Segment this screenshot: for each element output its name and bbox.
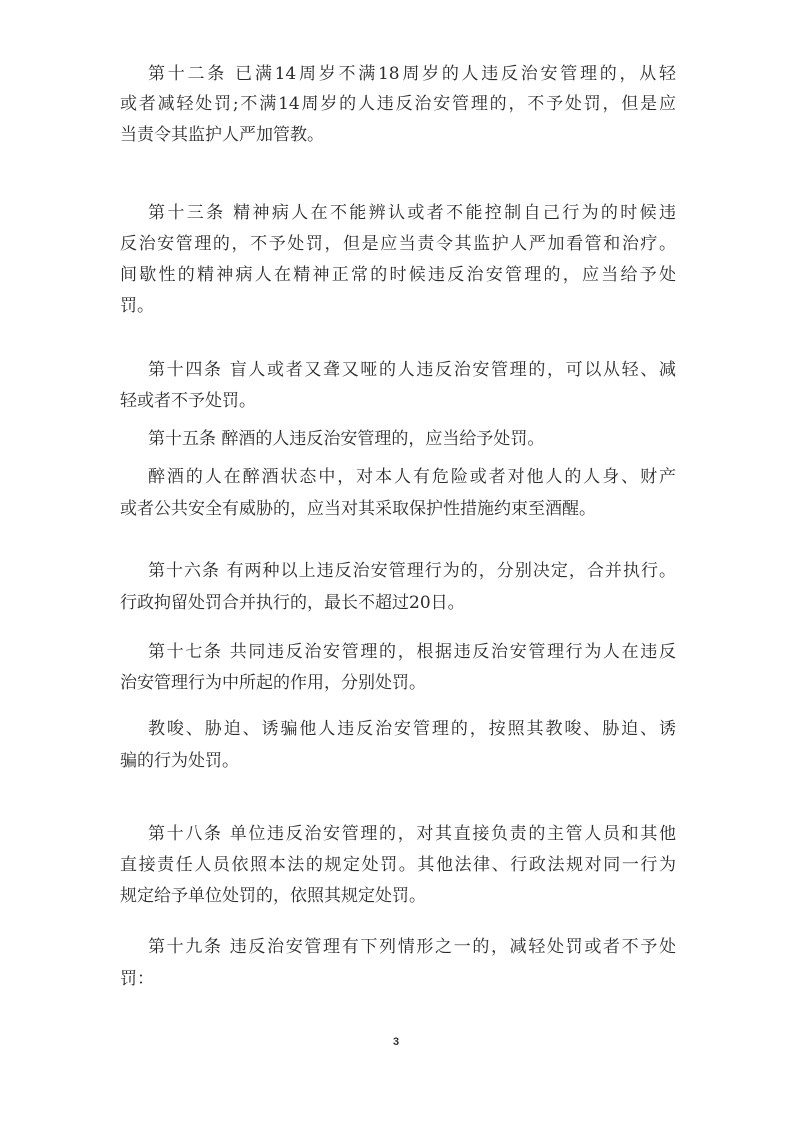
page-number: 3 <box>386 1036 406 1048</box>
article-14-line-2: 轻或者不予处罚。 <box>120 386 676 416</box>
article-13-line-2: 反治安管理的，不予处罚，但是应当责令其监护人严加看管和治疗。 <box>120 229 676 259</box>
article-16-line-2: 行政拘留处罚合并执行的，最长不超过20日。 <box>120 588 676 618</box>
article-16-line-1: 第十六条 有两种以上违反治安管理行为的，分别决定，合并执行。 <box>148 556 676 586</box>
article-18-line-1: 第十八条 单位违反治安管理的，对其直接负责的主管人员和其他 <box>148 819 676 849</box>
article-15-line-1: 第十五条 醉酒的人违反治安管理的，应当给予处罚。 <box>148 424 676 454</box>
article-12-line-2: 或者减轻处罚;不满14周岁的人违反治安管理的，不予处罚，但是应 <box>120 89 676 119</box>
article-13-line-3: 间歇性的精神病人在精神正常的时候违反治安管理的，应当给予处 <box>120 260 676 290</box>
abet-paragraph-line-2: 骗的行为处罚。 <box>120 746 676 776</box>
drunk-paragraph-line-1: 醉酒的人在醉酒状态中，对本人有危险或者对他人的人身、财产 <box>148 462 676 492</box>
article-19-line-2: 罚： <box>120 964 676 994</box>
article-17-line-2: 治安管理行为中所起的作用，分别处罚。 <box>120 668 676 698</box>
article-12-line-3: 当责令其监护人严加管教。 <box>120 120 676 150</box>
article-17-line-1: 第十七条 共同违反治安管理的，根据违反治安管理行为人在违反 <box>148 637 676 667</box>
article-12-line-1: 第十二条 已满14周岁不满18周岁的人违反治安管理的，从轻 <box>148 59 676 89</box>
document-page: 第十二条 已满14周岁不满18周岁的人违反治安管理的，从轻 或者减轻处罚;不满1… <box>0 0 793 1122</box>
article-18-line-3: 规定给予单位处罚的，依照其规定处罚。 <box>120 881 676 911</box>
drunk-paragraph-line-2: 或者公共安全有威胁的，应当对其采取保护性措施约束至酒醒。 <box>120 494 676 524</box>
article-14-line-1: 第十四条 盲人或者又聋又哑的人违反治安管理的，可以从轻、减 <box>148 355 676 385</box>
article-13-line-4: 罚。 <box>120 291 676 321</box>
article-19-line-1: 第十九条 违反治安管理有下列情形之一的，减轻处罚或者不予处 <box>148 932 676 962</box>
article-18-line-2: 直接责任人员依照本法的规定处罚。其他法律、行政法规对同一行为 <box>120 850 676 880</box>
abet-paragraph-line-1: 教唆、胁迫、诱骗他人违反治安管理的，按照其教唆、胁迫、诱 <box>148 714 676 744</box>
article-13-line-1: 第十三条 精神病人在不能辨认或者不能控制自己行为的时候违 <box>148 198 676 228</box>
